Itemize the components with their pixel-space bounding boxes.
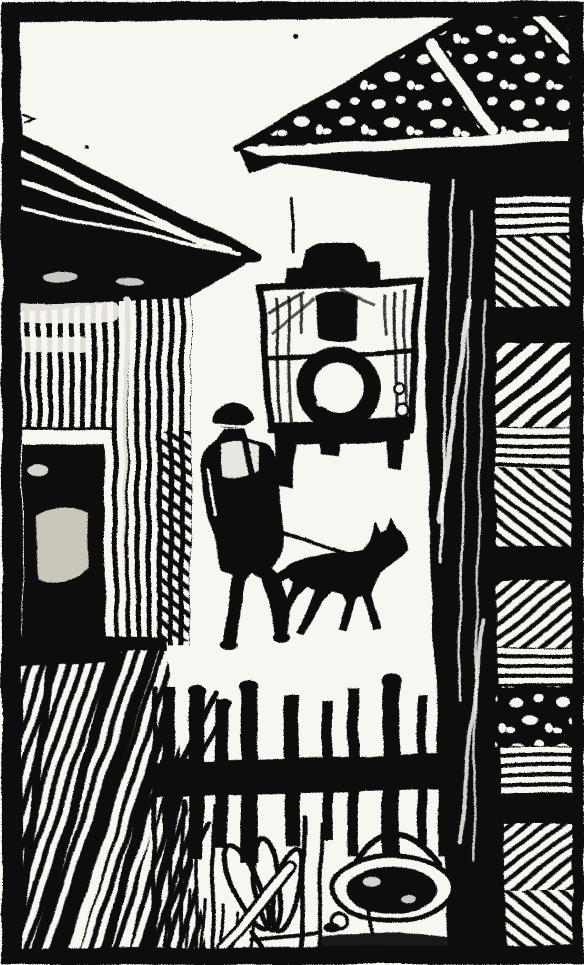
window xyxy=(4,428,120,666)
stick xyxy=(212,806,214,948)
picket-top xyxy=(186,684,204,696)
bucket-glint xyxy=(363,877,381,887)
fence-picket xyxy=(162,686,174,836)
fence-picket xyxy=(284,694,299,844)
plank-highlight xyxy=(42,271,78,281)
man-foot xyxy=(272,631,290,641)
cab-rear-window xyxy=(314,291,358,341)
plank-row xyxy=(490,194,578,236)
plank-row xyxy=(490,686,578,746)
ink-stroke xyxy=(384,294,386,332)
tail-light xyxy=(393,383,403,393)
ink-stroke xyxy=(404,290,405,416)
fence-picket xyxy=(322,700,332,840)
ink-stroke xyxy=(300,296,301,332)
ink-speck xyxy=(294,33,299,38)
tail-light xyxy=(395,402,407,414)
ink-speck xyxy=(84,144,88,148)
ink-illustration: black ink pen-and-ink book illustration,… xyxy=(0,0,584,965)
plank-gap xyxy=(14,302,118,322)
man-foot xyxy=(220,639,238,649)
window-glint xyxy=(28,464,48,476)
stone xyxy=(322,922,338,932)
window-reflection xyxy=(34,506,88,582)
bucket-interior xyxy=(346,867,436,913)
wall-seam xyxy=(488,150,495,950)
plank-wall xyxy=(488,150,578,950)
fence-picket xyxy=(240,688,257,863)
plank-row xyxy=(490,426,578,468)
plank-row xyxy=(490,890,578,950)
picket-top xyxy=(238,680,258,692)
plank-row xyxy=(490,746,578,796)
bucket-glint xyxy=(401,894,415,902)
plank-gap xyxy=(12,336,88,352)
stick xyxy=(196,812,198,948)
plank-row xyxy=(490,236,578,306)
fence-picket xyxy=(437,690,449,855)
plank-row xyxy=(490,580,578,646)
wall-corner-hatch xyxy=(156,430,190,640)
plank-highlight xyxy=(116,278,144,286)
plank-row xyxy=(490,646,578,686)
stick xyxy=(153,688,154,948)
wheel-hub xyxy=(329,378,351,398)
illustration-canvas: black ink pen-and-ink book illustration,… xyxy=(0,0,584,965)
ink-stroke xyxy=(394,292,396,420)
antenna xyxy=(291,198,292,250)
wheel-glint xyxy=(316,398,324,406)
plank-row xyxy=(490,150,578,194)
ink-stroke xyxy=(8,636,166,650)
picket-top xyxy=(380,673,400,687)
plank-row xyxy=(490,796,578,822)
plank-row xyxy=(490,546,578,580)
undercarriage-shadow xyxy=(318,428,342,456)
plank-row xyxy=(490,342,578,426)
fence-picket xyxy=(417,695,426,845)
plank-row xyxy=(490,822,578,890)
plank-row xyxy=(490,468,578,546)
plank-row xyxy=(490,306,578,342)
fence-picket xyxy=(347,688,358,856)
